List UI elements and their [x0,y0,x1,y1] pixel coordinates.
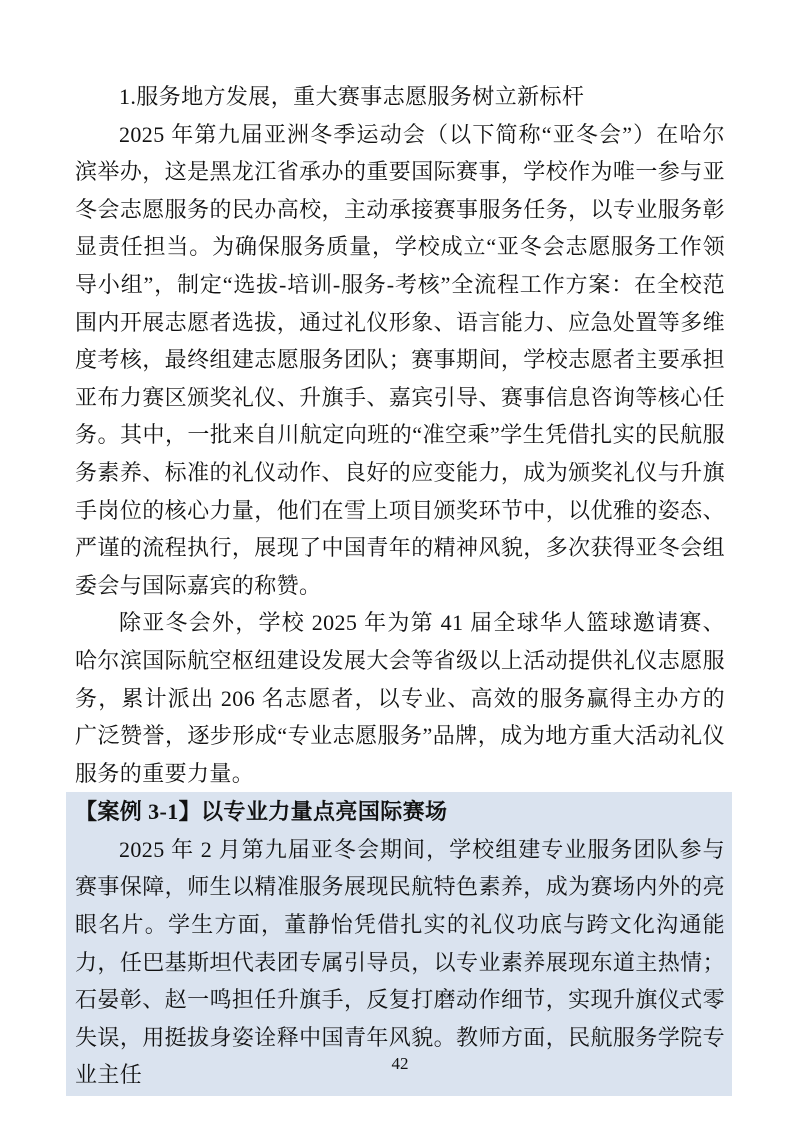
document-page: 1.服务地方发展，重大赛事志愿服务树立新标杆 2025 年第九届亚洲冬季运动会（… [0,0,800,1131]
paragraph-asian-winter-games: 2025 年第九届亚洲冬季运动会（以下简称“亚冬会”）在哈尔滨举办，这是黑龙江省… [75,116,725,605]
section-heading: 1.服务地方发展，重大赛事志愿服务树立新标杆 [75,78,725,116]
document-body: 1.服务地方发展，重大赛事志愿服务树立新标杆 2025 年第九届亚洲冬季运动会（… [75,78,725,1096]
case-title: 【案例 3-1】以专业力量点亮国际赛场 [75,793,725,831]
page-number: 42 [0,1053,800,1075]
paragraph-other-events: 除亚冬会外，学校 2025 年为第 41 届全球华人篮球邀请赛、哈尔滨国际航空枢… [75,604,725,792]
case-highlight-box: 【案例 3-1】以专业力量点亮国际赛场 2025 年 2 月第九届亚冬会期间，学… [66,792,732,1096]
